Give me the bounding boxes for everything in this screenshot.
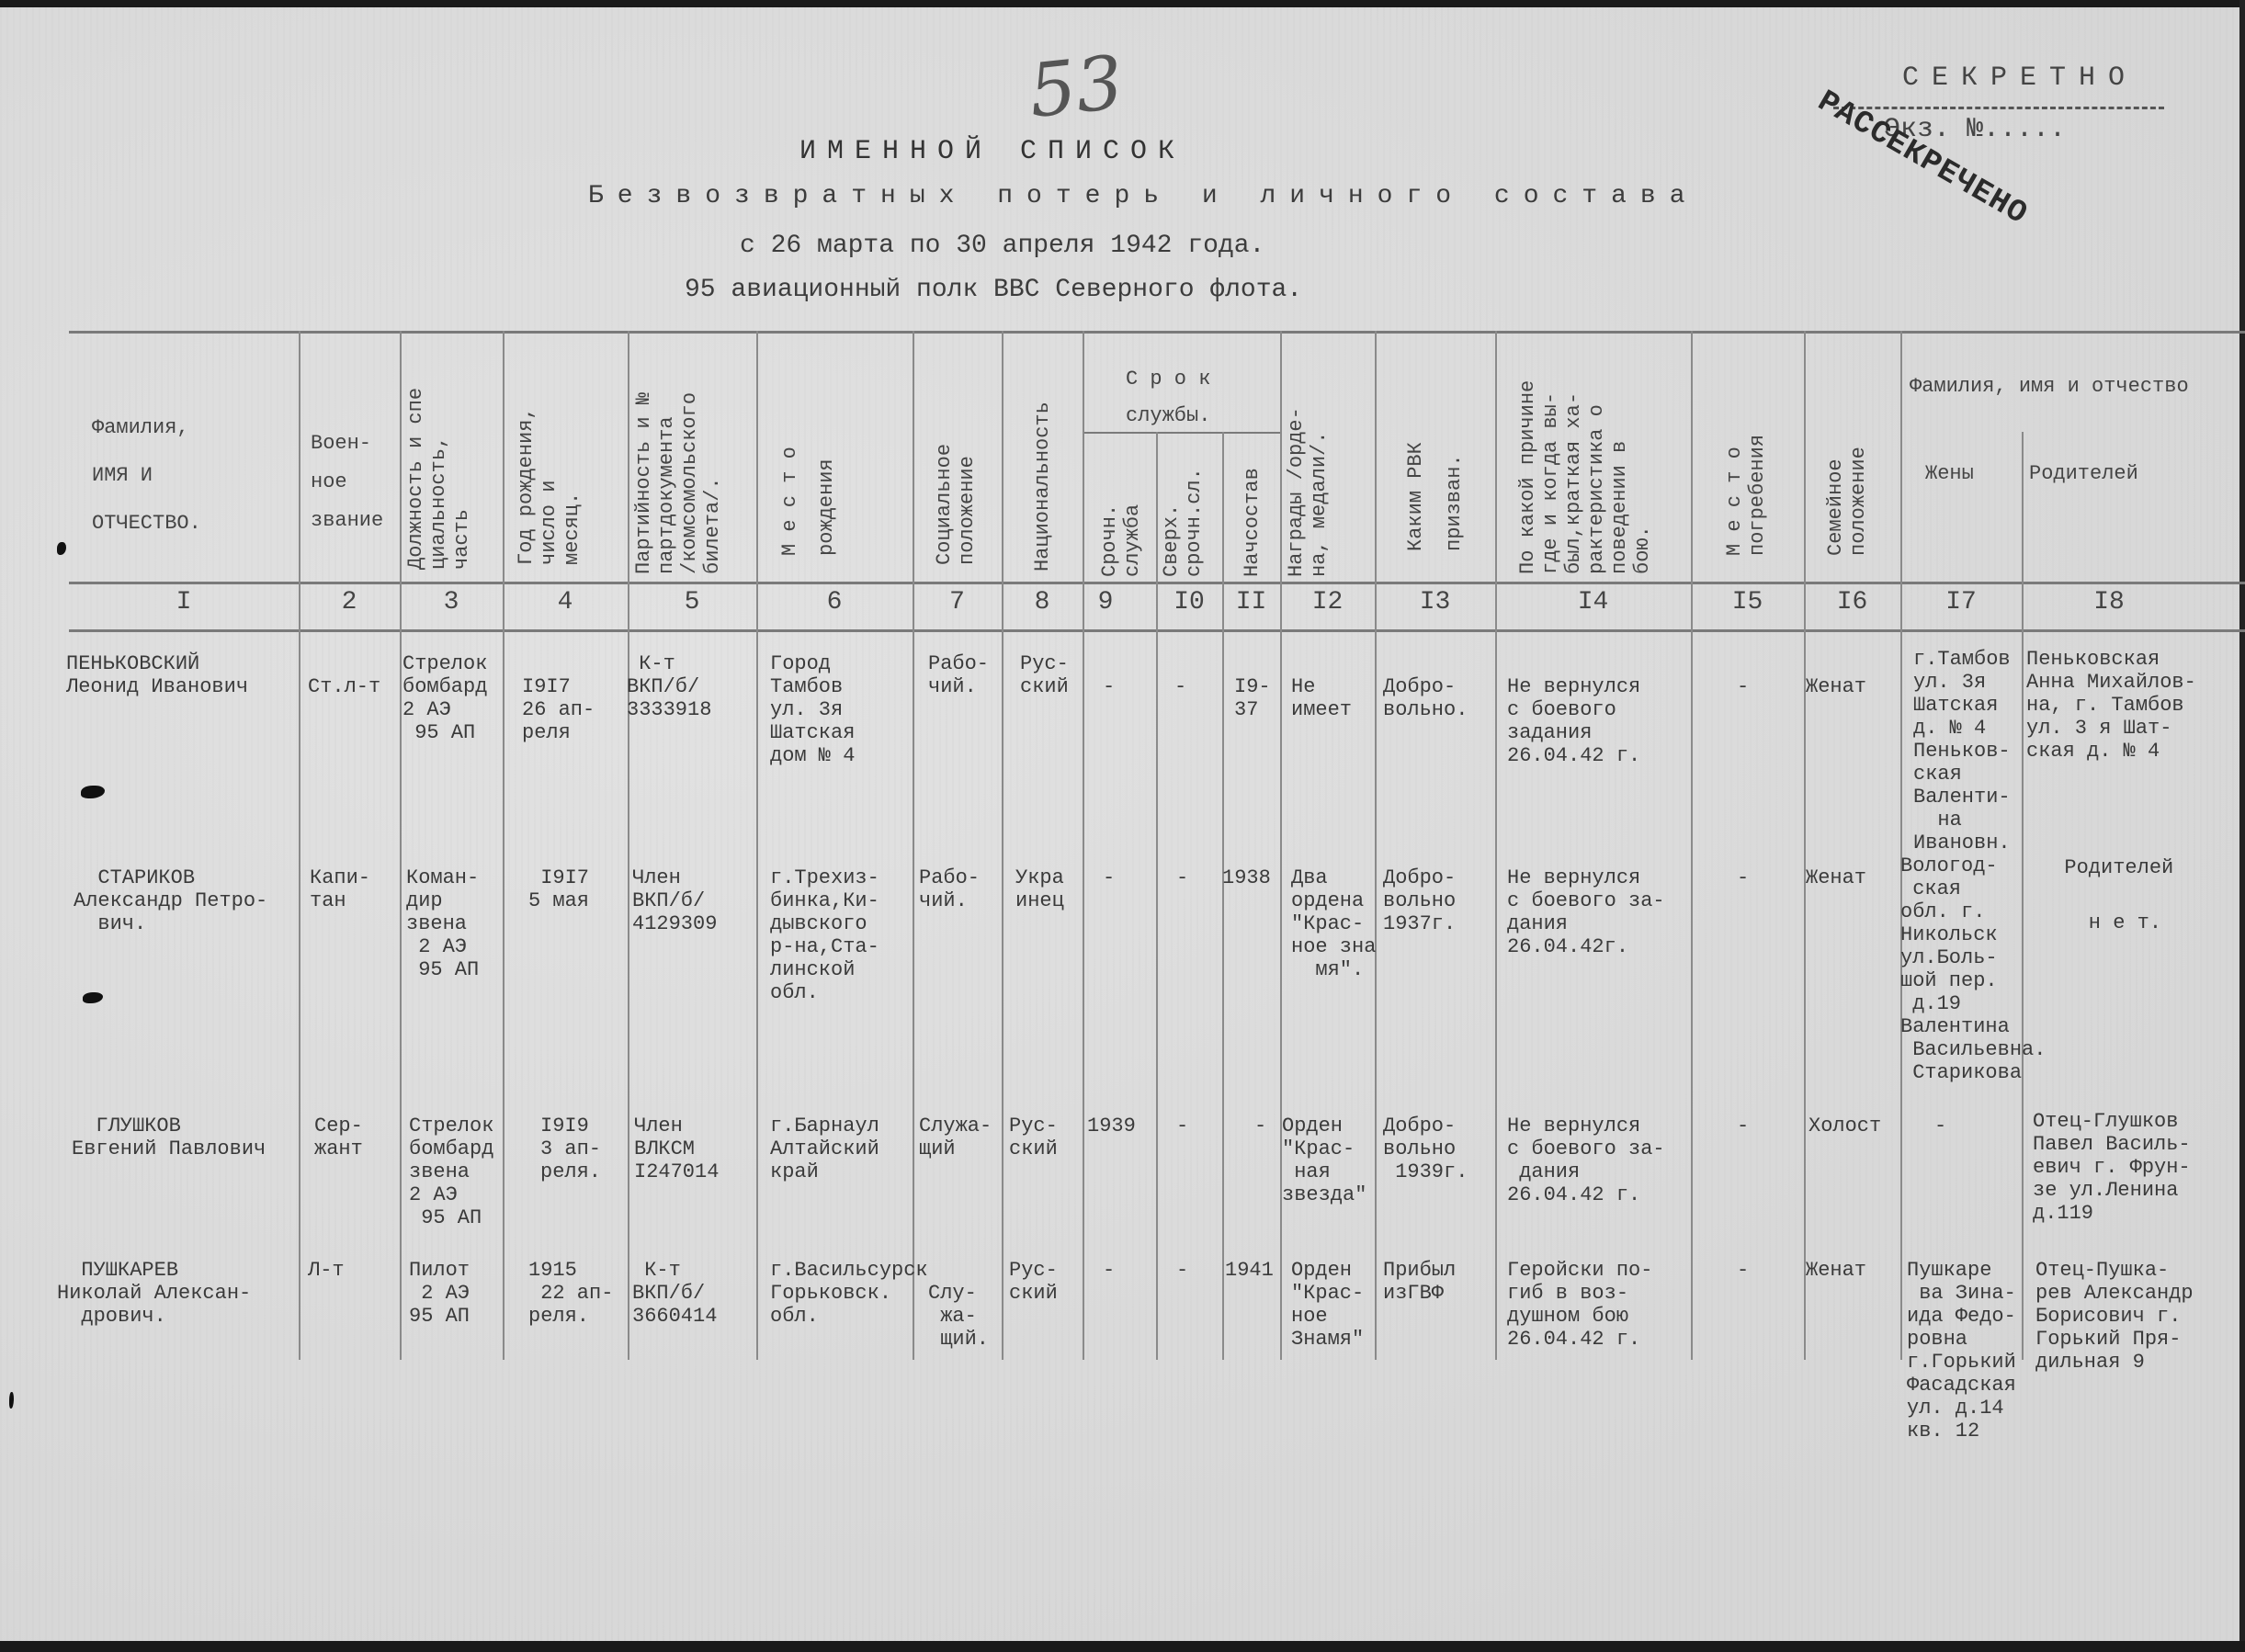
header-party: Партийность и № партдокумента /комсомоль… (632, 392, 724, 574)
cell-term-extended: - (1174, 675, 1186, 698)
header-reason: По какой причине где и когда вы- был,кра… (1516, 380, 1654, 574)
cell-term-officer: 1938 (1222, 866, 1271, 889)
cell-nationality: Рус- ский (1009, 1115, 1058, 1160)
cell-family-status: Женат (1806, 866, 1866, 889)
col-number: I (69, 588, 299, 617)
col-border (1804, 331, 1806, 1360)
cell-position: Пилот 2 АЭ 95 АП (409, 1259, 470, 1328)
col-border (1083, 331, 1084, 1360)
col-border (1002, 331, 1003, 1360)
header-wife: Жены (1925, 462, 1974, 485)
cell-position: Стрелок бомбард звена 2 АЭ 95 АП (409, 1115, 493, 1229)
cell-birth: I9I7 26 ап- реля (522, 675, 595, 744)
cell-term-officer: I9- 37 (1234, 675, 1271, 721)
col-number: 7 (913, 588, 1002, 617)
col-number: I0 (1156, 588, 1222, 617)
header-full-name: Фамилия, ИМЯ И ОТЧЕСТВО. (92, 404, 201, 548)
cell-term-extended: - (1176, 1259, 1188, 1282)
cell-party: К-т ВКП/б/ 3660414 (632, 1259, 717, 1328)
header-social-status: Социальное положение (933, 444, 979, 565)
col-border (913, 331, 914, 1360)
scan-edge-top (0, 0, 2245, 7)
cell-social: Рабо- чий. (928, 652, 989, 698)
cell-social: Служа- щий (919, 1115, 992, 1160)
col-border (1691, 331, 1693, 1360)
cell-awards: Не имеет (1291, 675, 1352, 721)
col-number: I7 (1900, 588, 2022, 617)
scan-edge-right (2239, 0, 2245, 1652)
cell-burial: - (1737, 1115, 1749, 1137)
document-period: с 26 марта по 30 апреля 1942 года. (740, 232, 1264, 260)
header-service-term-group: С р о к службы. (1126, 361, 1210, 435)
cell-birthplace: г.Барнаул Алтайский край (770, 1115, 879, 1183)
ink-mark (83, 992, 103, 1003)
cell-awards: Орден "Крас- ная звезда" (1282, 1115, 1366, 1206)
cell-parents: Пеньковская Анна Михайлов- на, г. Тамбов… (2026, 648, 2196, 763)
document-unit: 95 авиационный полк ВВС Северного флота. (685, 276, 1302, 304)
header-officer: Начсостав (1241, 468, 1264, 577)
col-border (503, 331, 505, 1360)
col-border (1222, 432, 1224, 1360)
cell-term-conscript: - (1103, 1259, 1115, 1282)
cell-rvk: Добро- вольно 1939г. (1383, 1115, 1468, 1183)
cell-term-extended: - (1176, 866, 1188, 889)
col-border (756, 331, 758, 1360)
cell-awards: Орден "Крас- ное Знамя" (1291, 1259, 1364, 1351)
cell-rank: Ст.л-т (308, 675, 380, 698)
col-border (299, 331, 300, 1360)
cell-birth: I9I9 3 ап- реля. (540, 1115, 601, 1183)
table-top-border (69, 331, 2245, 334)
header-relatives-group: Фамилия, имя и отчество (1910, 375, 2189, 398)
cell-name: ПЕНЬКОВСКИЙ Леонид Иванович (66, 652, 248, 698)
cell-wife: - (1934, 1115, 1946, 1137)
cell-parents: Родителей н е т. (2040, 854, 2173, 937)
cell-term-extended: - (1176, 1115, 1188, 1137)
page-number: 53 (1025, 40, 1127, 134)
cell-rvk: Прибыл изГВФ (1383, 1259, 1456, 1305)
cell-name: ГЛУШКОВ Евгений Павлович (72, 1115, 266, 1160)
header-nationality: Национальность (1031, 402, 1054, 571)
col-number: 5 (628, 588, 756, 617)
cell-party: К-т ВКП/б/ 3333918 (627, 652, 711, 721)
cell-social: Слу- жа- щий. (928, 1282, 989, 1351)
cell-party: Член ВЛКСМ I247014 (634, 1115, 719, 1183)
col-number: I8 (2022, 588, 2196, 617)
cell-family-status: Женат (1806, 675, 1866, 698)
col-number: I3 (1375, 588, 1495, 617)
header-rvk: Каким РВК призван. (1397, 442, 1474, 551)
col-border (628, 331, 629, 1360)
header-family-status: Семейное положение (1824, 447, 1870, 556)
document-page: 53 ИМЕННОЙ СПИСОК Безвозвратных потерь и… (0, 0, 2245, 1652)
col-border (1375, 331, 1377, 1360)
cell-term-conscript: 1939 (1087, 1115, 1136, 1137)
cell-nationality: Рус- ский (1009, 1259, 1058, 1305)
cell-parents: Отец-Пушка- рев Александр Борисович г. Г… (2035, 1259, 2194, 1374)
scan-edge-bottom (0, 1641, 2245, 1652)
header-awards: Награды /орде- на, медали/. (1285, 407, 1331, 577)
cell-birthplace: Город Тамбов ул. 3я Шатская дом № 4 (770, 652, 855, 767)
classification-underline (1833, 107, 2164, 109)
ink-mark (57, 542, 66, 555)
cell-term-conscript: - (1103, 866, 1115, 889)
header-extended-service: Сверх. срочн.сл. (1160, 468, 1206, 577)
cell-name: СТАРИКОВ Александр Петро- вич. (74, 866, 267, 935)
cell-birthplace: г.Трехиз- бинка,Ки- дывского р-на,Ста- л… (770, 866, 879, 1004)
col-number: 4 (503, 588, 628, 617)
header-rank: Воен- ное звание (311, 424, 383, 540)
cell-name: ПУШКАРЕВ Николай Алексан- дрович. (57, 1259, 251, 1328)
cell-position: Коман- дир звена 2 АЭ 95 АП (406, 866, 479, 981)
cell-reason: Не вернулся с боевого за- дания 26.04.42… (1507, 1115, 1665, 1206)
cell-nationality: Рус- ский (1020, 652, 1069, 698)
cell-birth: 1915 22 ап- реля. (528, 1259, 613, 1328)
cell-reason: Не вернулся с боевого за- дания 26.04.42… (1507, 866, 1665, 958)
cell-awards: Два ордена "Крас- ное зна мя". (1291, 866, 1376, 981)
cell-rvk: Добро- вольно 1937г. (1383, 866, 1456, 935)
classification-mark: СЕКРЕТНО (1902, 62, 2137, 94)
header-birth-date: Год рождения, число и месяц. (515, 407, 584, 565)
col-number: 9 (1083, 588, 1128, 617)
cell-parents: Отец-Глушков Павел Василь- евич г. Фрун-… (2033, 1110, 2191, 1225)
cell-party: Член ВКП/б/ 4129309 (632, 866, 717, 935)
cell-burial: - (1737, 675, 1749, 698)
col-number: I6 (1804, 588, 1900, 617)
cell-birthplace: г.Васильсурск Горьковск. обл. (770, 1259, 928, 1328)
header-conscript-service: Срочн. служба (1098, 504, 1144, 577)
col-border (1495, 331, 1497, 1360)
col-number: 3 (400, 588, 503, 617)
col-number: I2 (1280, 588, 1375, 617)
cell-wife: Пушкаре ва Зина- ида Федо- ровна г.Горьк… (1907, 1259, 2016, 1443)
ink-mark (81, 786, 105, 798)
cell-burial: - (1737, 1259, 1749, 1282)
cell-wife: г.Тамбов ул. 3я Шатская д. № 4 Пеньков- … (1913, 648, 2011, 854)
cell-term-conscript: - (1103, 675, 1115, 698)
cell-term-officer: - (1254, 1115, 1266, 1137)
cell-reason: Геройски по- гиб в воз- душном бою 26.04… (1507, 1259, 1652, 1351)
cell-rvk: Добро- вольно. (1383, 675, 1468, 721)
cell-nationality: Укра инец (1015, 866, 1064, 912)
col-number: I5 (1691, 588, 1804, 617)
col-border (1156, 432, 1158, 1360)
cell-burial: - (1737, 866, 1749, 889)
cell-reason: Не вернулся с боевого задания 26.04.42 г… (1507, 675, 1640, 767)
document-title: ИМЕННОЙ СПИСОК (799, 136, 1185, 167)
col-number: I4 (1495, 588, 1691, 617)
header-parents: Родителей (2029, 462, 2138, 485)
cell-rank: Капи- тан (310, 866, 370, 912)
header-burial-place: М е с т о погребения (1723, 435, 1769, 556)
cell-rank: Л-т (308, 1259, 345, 1282)
cell-birth: I9I7 5 мая (528, 866, 589, 912)
col-number: 2 (299, 588, 400, 617)
cell-rank: Сер- жант (314, 1115, 363, 1160)
col-number: 6 (756, 588, 913, 617)
document-subtitle: Безвозвратных потерь и личного состава (588, 182, 1699, 210)
header-position: Должность и спе циальность, часть (404, 388, 473, 570)
cell-wife: Вологод- ская обл. г. Никольск ул.Боль- … (1900, 854, 2046, 1084)
col-number: 8 (1002, 588, 1083, 617)
cell-family-status: Холост (1808, 1115, 1881, 1137)
col-number: II (1222, 588, 1280, 617)
ink-mark (9, 1392, 14, 1409)
col-border (400, 331, 402, 1360)
col-border (1900, 331, 1902, 1360)
cell-social: Рабо- чий. (919, 866, 980, 912)
header-birthplace: М е с т о рождения (772, 447, 845, 556)
cell-family-status: Женат (1806, 1259, 1866, 1282)
cell-position: Стрелок бомбард 2 АЭ 95 АП (403, 652, 487, 744)
cell-term-officer: 1941 (1225, 1259, 1274, 1282)
